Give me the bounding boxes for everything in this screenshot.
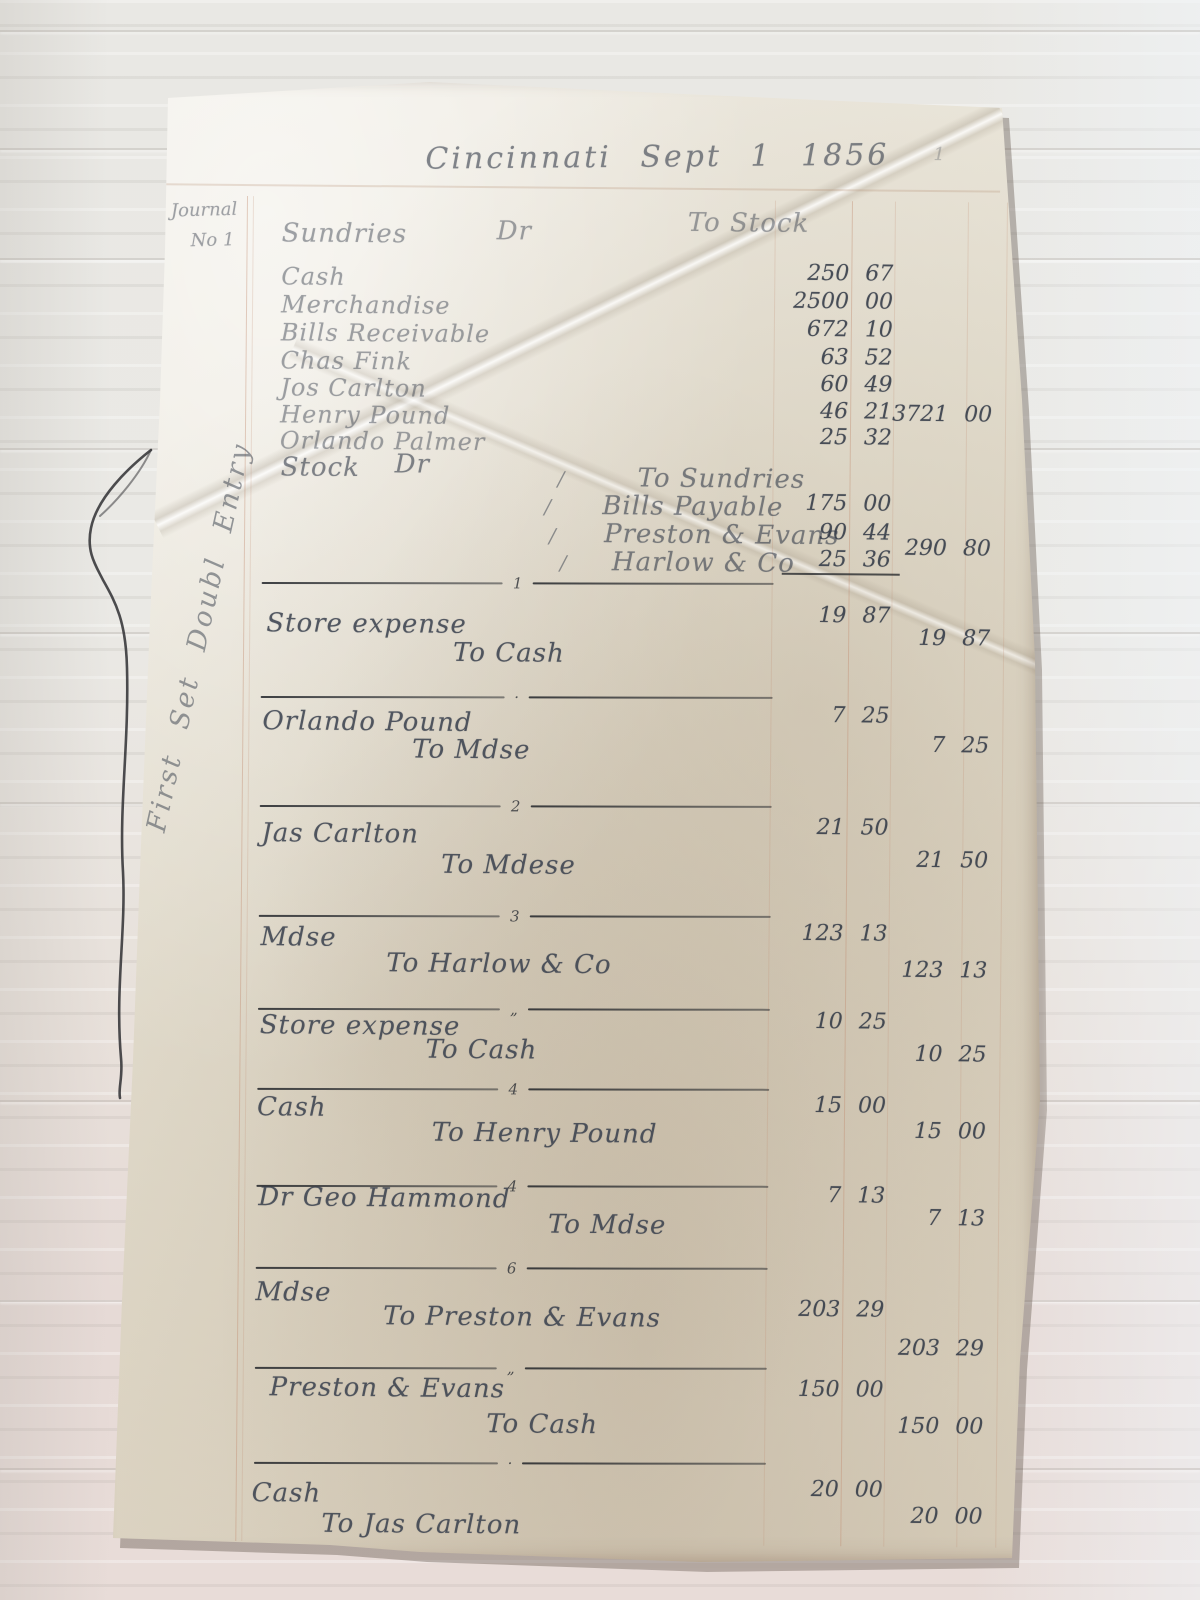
- separator-line: [526, 1267, 767, 1269]
- stock-row-name: Bills Payable: [602, 491, 783, 523]
- opening-row-amount: 250000: [771, 289, 901, 315]
- amount-cents: 13: [951, 958, 995, 983]
- separator-line: [528, 1008, 770, 1010]
- opening-row-name: Merchandise: [281, 290, 451, 319]
- entry-credit-amount: 12313: [858, 957, 995, 983]
- separator-line: [525, 1367, 767, 1369]
- amount-cents: 50: [952, 848, 996, 873]
- amount-dollars: 10: [857, 1041, 942, 1067]
- amount-dollars: 19: [768, 603, 846, 629]
- separator-line: [256, 1267, 497, 1269]
- amount-dollars: 90: [769, 520, 847, 546]
- opening-row-amount: 6049: [770, 372, 900, 398]
- amount-dollars: 7: [763, 1183, 841, 1209]
- amount-dollars: 20: [761, 1477, 839, 1503]
- separator-line: [261, 696, 505, 698]
- amount-dollars: 15: [764, 1093, 842, 1119]
- amount-dollars: 7: [856, 1205, 941, 1231]
- entry-credit-account: To Mdese: [441, 850, 576, 881]
- amount-cents: 32: [856, 425, 900, 450]
- amount-dollars: 46: [770, 399, 848, 425]
- amount-cents: 00: [848, 1377, 892, 1402]
- amount-cents: 80: [955, 536, 999, 561]
- amount-cents: 13: [851, 921, 895, 946]
- margin-inscription: First Set Doubl Entry: [115, 321, 284, 953]
- separator-line: [262, 582, 503, 584]
- separator-number: 1: [513, 574, 523, 592]
- separator-line: [527, 1185, 768, 1187]
- amount-dollars: 3721: [863, 401, 948, 427]
- amount-cents: 29: [948, 1336, 992, 1361]
- separator-number: 4: [508, 1080, 518, 1098]
- amount-cents: 25: [953, 733, 997, 758]
- separator-number: „: [507, 1359, 515, 1377]
- posting-check-mark: ∕: [549, 524, 556, 548]
- photo-scene: Journal No 1 Cincinnati Sept 1 1856 1 Fi…: [0, 0, 1200, 1600]
- page-number: 1: [933, 144, 945, 165]
- entry-credit-amount: 1025: [857, 1041, 994, 1067]
- amount-dollars: 203: [762, 1297, 840, 1323]
- amount-dollars: 63: [771, 345, 849, 371]
- opening-row-name: Chas Fink: [280, 346, 412, 375]
- posting-check-mark: ∕: [560, 551, 567, 575]
- amount-cents: 13: [949, 1206, 993, 1231]
- entry-credit-account: To Jas Carlton: [321, 1509, 521, 1541]
- separator-line: [254, 1462, 498, 1464]
- corner-note-line1: Journal: [171, 199, 238, 222]
- amount-dollars: 10: [765, 1009, 843, 1035]
- amount-dollars: 2500: [771, 289, 849, 315]
- opening-row-name: Jos Carlton: [280, 373, 427, 402]
- corner-note-line2: No 1: [190, 229, 234, 251]
- entry-debit-amount: 12313: [765, 921, 895, 947]
- separator-number: 6: [507, 1259, 517, 1277]
- amount-cents: 00: [956, 402, 1000, 427]
- amount-cents: 00: [946, 1504, 990, 1529]
- amount-dollars: 123: [765, 921, 843, 947]
- amount-cents: 67: [857, 261, 901, 286]
- entry-debit-account: Preston & Evans: [269, 1372, 505, 1404]
- entry-credit-account: To Preston & Evans: [383, 1301, 661, 1333]
- entry-credit-account: To Cash: [453, 638, 565, 669]
- entry-debit-account: Store expense: [266, 608, 467, 640]
- entry-credit-account: To Henry Pound: [432, 1118, 658, 1150]
- amount-cents: 50: [852, 815, 896, 840]
- amount-dollars: 250: [771, 261, 849, 287]
- amount-dollars: 7: [860, 732, 945, 758]
- amount-dollars: 19: [861, 625, 946, 651]
- entry-credit-amount: 1500: [857, 1118, 994, 1144]
- separator-line: [259, 915, 500, 917]
- amount-dollars: 150: [854, 1413, 939, 1439]
- stock-dr-label: Dr: [395, 449, 431, 479]
- amount-dollars: 21: [859, 847, 944, 873]
- paper-content: Journal No 1 Cincinnati Sept 1 1856 1 Fi…: [83, 77, 1046, 1580]
- amount-dollars: 25: [769, 547, 847, 573]
- amount-cents: 10: [857, 317, 901, 342]
- entry-separator: 1: [262, 574, 774, 593]
- ledger-paper: Journal No 1 Cincinnati Sept 1 1856 1 Fi…: [95, 78, 1045, 1573]
- separator-line: [260, 805, 501, 807]
- opening-credit-header: To Stock: [688, 208, 810, 239]
- amount-dollars: 672: [771, 317, 849, 343]
- entry-debit-amount: 2000: [761, 1477, 891, 1503]
- entry-debit-amount: 725: [767, 703, 897, 729]
- total-underline: [782, 573, 900, 576]
- entry-debit-amount: 20329: [762, 1297, 892, 1323]
- posting-check-mark: ∕: [544, 495, 551, 519]
- separator-line: [529, 696, 773, 698]
- opening-row-amount: 6352: [771, 345, 901, 371]
- posting-check-mark: ∕: [557, 467, 564, 491]
- entry-credit-account: To Cash: [425, 1035, 537, 1066]
- opening-row-name: Cash: [281, 262, 346, 291]
- stock-row-amount: 17500: [769, 491, 899, 517]
- separator-line: [255, 1367, 497, 1369]
- amount-cents: 00: [950, 1119, 994, 1144]
- separator-line: [528, 1088, 769, 1090]
- separator-line: [532, 582, 773, 584]
- amount-dollars: 203: [855, 1335, 940, 1361]
- separator-line: [530, 805, 771, 807]
- amount-dollars: 15: [857, 1118, 942, 1144]
- entry-debit-account: Cash: [257, 1092, 327, 1123]
- opening-total-amount: 372100: [863, 401, 1000, 427]
- amount-dollars: 123: [858, 957, 943, 983]
- amount-dollars: 175: [769, 491, 847, 517]
- opening-row-amount: 2532: [770, 425, 900, 451]
- cardboard-seam: [0, 30, 1200, 32]
- entry-debit-account: Dr Geo Hammond: [258, 1182, 510, 1214]
- entry-credit-amount: 20329: [855, 1335, 992, 1361]
- entry-credit-account: To Harlow & Co: [386, 948, 612, 980]
- amount-cents: 25: [851, 1009, 895, 1034]
- entry-separator: 2: [260, 797, 772, 816]
- cardboard-left-shade: [0, 0, 110, 1600]
- opening-dr-label: Dr: [497, 216, 533, 246]
- entry-debit-amount: 15000: [762, 1377, 892, 1403]
- entry-credit-account: To Mdse: [548, 1210, 667, 1241]
- entry-debit-account: Cash: [252, 1478, 322, 1509]
- amount-cents: 00: [847, 1477, 891, 1502]
- entry-credit-account: To Cash: [486, 1409, 598, 1440]
- amount-dollars: 25: [770, 425, 848, 451]
- amount-dollars: 290: [862, 535, 947, 561]
- page-title: Cincinnati Sept 1 1856: [425, 138, 889, 177]
- entry-credit-amount: 2150: [859, 847, 996, 873]
- separator-number: ·: [508, 1454, 513, 1472]
- entry-credit-account: To Mdse: [412, 734, 531, 765]
- opening-debit-account: Sundries: [282, 218, 408, 249]
- opening-row-amount: 67210: [771, 317, 901, 343]
- amount-dollars: 21: [766, 815, 844, 841]
- entry-debit-account: Jas Carlton: [261, 818, 419, 849]
- opening-row-name: Bills Receivable: [281, 318, 491, 348]
- entry-debit-amount: 2150: [766, 815, 896, 841]
- amount-cents: 00: [855, 491, 899, 516]
- stock-debit-account: Stock: [281, 452, 360, 483]
- amount-cents: 52: [857, 345, 901, 370]
- separator-number: 3: [510, 907, 520, 925]
- amount-cents: 00: [850, 1093, 894, 1118]
- entry-debit-amount: 1500: [764, 1093, 894, 1119]
- amount-cents: 29: [848, 1297, 892, 1322]
- entry-credit-amount: 15000: [854, 1413, 991, 1439]
- opening-row-name: Henry Pound: [280, 400, 450, 429]
- entry-credit-amount: 713: [856, 1205, 993, 1231]
- entry-separator: ·: [261, 688, 773, 707]
- amount-cents: 25: [853, 703, 897, 728]
- amount-cents: 00: [947, 1414, 991, 1439]
- entry-credit-amount: 2000: [853, 1503, 990, 1529]
- amount-cents: 00: [857, 289, 901, 314]
- entry-debit-account: Mdse: [255, 1277, 331, 1308]
- entry-credit-amount: 1987: [861, 625, 998, 651]
- amount-cents: 87: [954, 626, 998, 651]
- stock-total-amount: 29080: [862, 535, 999, 561]
- separator-number: „: [510, 1000, 518, 1018]
- amount-dollars: 7: [767, 703, 845, 729]
- entry-separator: 6: [256, 1259, 768, 1278]
- entry-debit-account: Mdse: [260, 922, 336, 953]
- separator-line: [522, 1462, 766, 1464]
- amount-dollars: 150: [762, 1377, 840, 1403]
- separator-line: [530, 915, 771, 917]
- separator-number: 2: [511, 797, 521, 815]
- amount-cents: 25: [950, 1042, 994, 1067]
- separator-line: [257, 1088, 498, 1090]
- opening-row-amount: 25067: [771, 261, 901, 287]
- separator-number: ·: [514, 688, 519, 706]
- entry-debit-amount: 1025: [765, 1009, 895, 1035]
- amount-dollars: 60: [770, 372, 848, 398]
- amount-cents: 49: [856, 372, 900, 397]
- entry-credit-amount: 725: [860, 732, 997, 758]
- header-rule-line: [155, 183, 1000, 192]
- entry-debit-account: Orlando Pound: [262, 706, 472, 738]
- entry-separator: 4: [257, 1080, 769, 1099]
- entry-separator: ·: [254, 1454, 766, 1473]
- amount-dollars: 20: [853, 1503, 938, 1529]
